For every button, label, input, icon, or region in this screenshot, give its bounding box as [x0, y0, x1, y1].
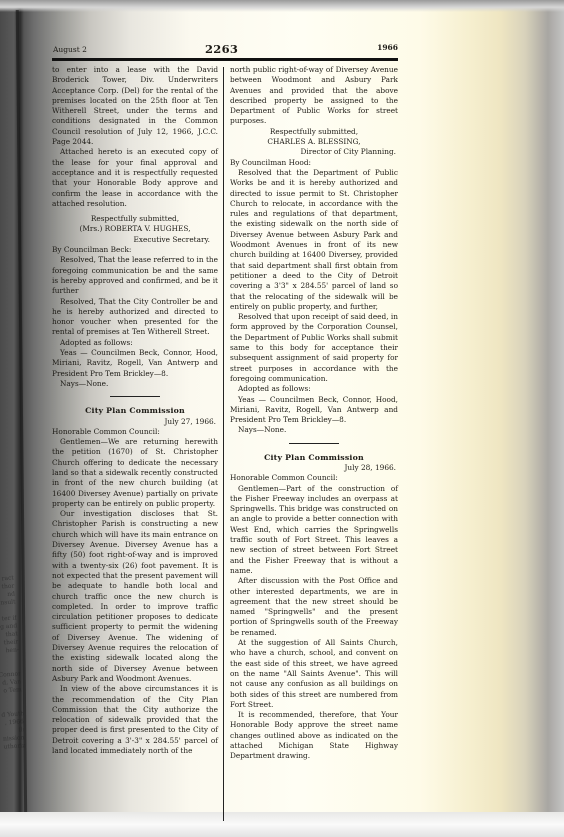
page-header: August 2 2263 1966	[52, 36, 398, 58]
section-divider	[110, 396, 160, 397]
resolution-paragraph: Resolved that the Department of Public W…	[230, 168, 398, 312]
lease-approval-paragraph: Attached hereto is an executed copy of t…	[52, 147, 218, 209]
journal-page: August 2 2263 1966 to enter into a lease…	[52, 36, 398, 821]
councilman-line: By Councilman Beck:	[52, 245, 218, 255]
adopted-line: Adopted as follows:	[52, 338, 218, 348]
signature-name: CHARLES A. BLESSING,	[230, 137, 398, 147]
lease-paragraph: to enter into a lease with the David Bro…	[52, 65, 218, 147]
salutation: Honorable Common Council:	[52, 427, 218, 437]
facing-page-fragment: o Tem	[0, 686, 22, 696]
facing-page-fragment: uthorized	[3, 742, 26, 752]
left-column: to enter into a lease with the David Bro…	[52, 65, 223, 821]
right-column: north public right-of-way of Diversey Av…	[224, 65, 398, 821]
section-divider	[289, 443, 339, 444]
body-paragraph: In view of the above circumstances it is…	[52, 684, 218, 756]
body-paragraph: Gentlemen—We are returning herewith the …	[52, 437, 218, 509]
section-heading: City Plan Commission	[230, 453, 398, 463]
salutation: Honorable Common Council:	[230, 473, 398, 483]
signature-title: Executive Secretary.	[52, 235, 218, 245]
councilman-line: By Councilman Hood:	[230, 158, 398, 168]
adopted-line: Adopted as follows:	[230, 384, 398, 394]
body-paragraph: At the suggestion of All Saints Church, …	[230, 638, 398, 710]
resolution-paragraph: Resolved, That the lease referred to in …	[52, 255, 218, 296]
page-top-edge	[0, 0, 564, 12]
text-columns: to enter into a lease with the David Bro…	[52, 65, 398, 821]
page-number: 2263	[205, 42, 238, 56]
signature-name: (Mrs.) ROBERTA V. HUGHES,	[52, 224, 218, 234]
nays-vote: Nays—None.	[52, 379, 218, 389]
section-heading: City Plan Commission	[52, 406, 218, 416]
resolution-paragraph: Resolved that upon receipt of said deed,…	[230, 312, 398, 384]
section-date: July 27, 1966.	[52, 417, 218, 427]
body-paragraph: Our investigation discloses that St. Chr…	[52, 509, 218, 684]
body-paragraph: After discussion with the Post Office an…	[230, 576, 398, 638]
signature-closing: Respectfully submitted,	[52, 214, 218, 224]
continued-paragraph: north public right-of-way of Diversey Av…	[230, 65, 398, 127]
header-year: 1966	[377, 43, 398, 52]
body-paragraph: It is recommended, therefore, that Your …	[230, 710, 398, 761]
section-date: July 28, 1966.	[230, 463, 398, 473]
nays-vote: Nays—None.	[230, 425, 398, 435]
header-rule	[52, 58, 398, 61]
body-paragraph: Gentlemen—Part of the construction of th…	[230, 484, 398, 577]
signature-closing: Respectfully submitted,	[230, 127, 398, 137]
resolution-paragraph: Resolved, That the City Controller be an…	[52, 297, 218, 338]
header-date: August 2	[53, 45, 87, 54]
signature-title: Director of City Planning.	[230, 147, 398, 157]
yeas-vote: Yeas — Councilmen Beck, Connor, Hood, Mi…	[52, 348, 218, 379]
yeas-vote: Yeas — Councilmen Beck, Connor, Hood, Mi…	[230, 395, 398, 426]
